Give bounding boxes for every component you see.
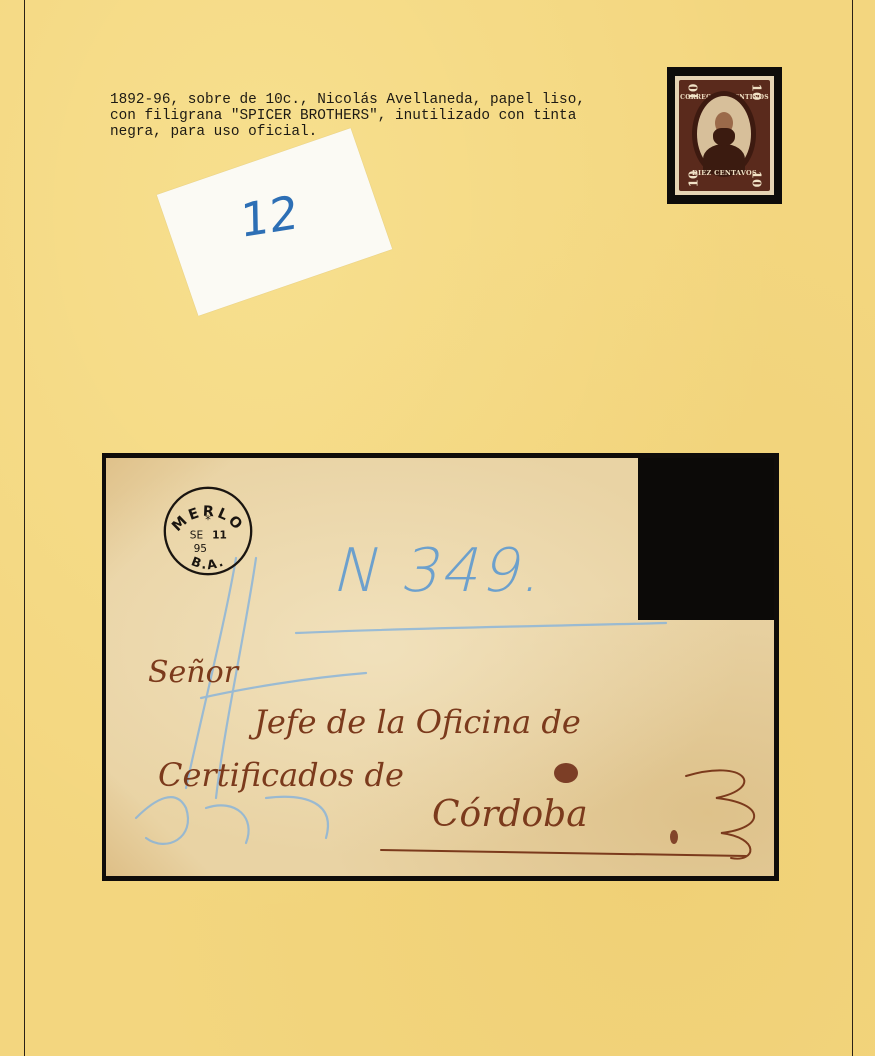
envelope-mount: MERLO B.A. * SE 11 95 N 349. Señor Jefe … bbox=[102, 453, 779, 881]
stamp-value-text: DIEZ CENTAVOS bbox=[679, 169, 770, 177]
stamp-mount: 10 10 10 10 CORREOS ARGENTINOS DIEZ CENT… bbox=[667, 67, 782, 204]
note-card-number: 12 bbox=[240, 185, 299, 249]
stamp-frame: 10 10 10 10 CORREOS ARGENTINOS DIEZ CENT… bbox=[679, 80, 770, 191]
stamp-proof: 10 10 10 10 CORREOS ARGENTINOS DIEZ CENT… bbox=[675, 76, 774, 195]
album-page-right-rule bbox=[852, 0, 853, 1056]
stamp-portrait-oval bbox=[692, 91, 756, 177]
album-page-left-rule bbox=[24, 0, 25, 1056]
portrait-icon bbox=[709, 106, 739, 164]
address-block: Señor Jefe de la Oficina de Certificados… bbox=[106, 458, 774, 876]
address-underline bbox=[106, 458, 774, 876]
envelope: MERLO B.A. * SE 11 95 N 349. Señor Jefe … bbox=[106, 458, 774, 876]
note-card: 12 bbox=[157, 128, 393, 316]
page-description: 1892-96, sobre de 10c., Nicolás Avellane… bbox=[110, 92, 650, 140]
